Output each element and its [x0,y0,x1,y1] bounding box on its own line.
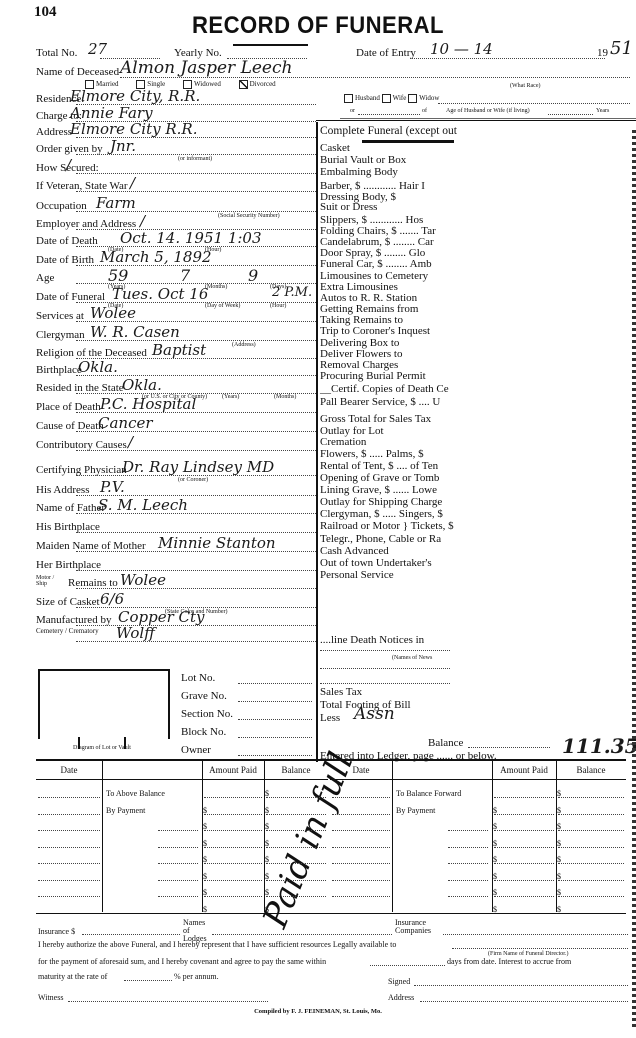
field-hint: (Hour) [270,303,286,309]
ledger-date-cell[interactable] [332,880,390,881]
charge-item: Gross Total for Sales Tax [320,413,431,425]
ledger-payment-cell[interactable] [448,863,488,864]
charge-item: Pall Bearer Service, $ .... U [320,396,440,408]
ledger-date-cell[interactable] [38,797,100,798]
lodges-field[interactable] [212,934,392,935]
insurance-companies-field[interactable] [443,934,628,935]
charge-item: Personal Service [320,569,394,581]
lot-field-label: Block No. [181,726,226,738]
ledger-amount-cell[interactable] [204,880,262,881]
motor-ship-label: Motor / Ship [36,575,56,587]
sales-tax-label: Sales Tax [320,686,362,698]
ledger-date-cell[interactable] [38,830,100,831]
lot-field-label: Lot No. [181,672,215,684]
ledger-balance-cell[interactable] [266,880,326,881]
ledger-payment-cell[interactable] [158,896,198,897]
field-value[interactable]: P.C. Hospital [100,395,196,413]
husband-checkbox[interactable] [344,94,353,103]
ledger-date-cell[interactable] [332,896,390,897]
field-value[interactable]: / [140,212,145,230]
ledger-date-cell[interactable] [38,896,100,897]
title-rule [233,44,308,46]
ledger-balance-cell[interactable] [266,814,326,815]
lot-field-line[interactable] [238,701,312,702]
ledger-row-label: By Payment [106,806,145,815]
field-value[interactable]: Baptist [152,341,206,359]
field-value[interactable]: Jnr. [110,137,136,155]
charge-item: Telegr., Phone, Cable or Ra [320,533,441,545]
field-value[interactable]: Wolee [120,571,166,589]
balance-label: Balance [428,737,463,749]
days-field[interactable] [370,965,445,966]
field-value[interactable]: Wolff [116,624,155,642]
field-label: Birthplace [36,364,82,376]
field-label: Address [36,126,72,138]
spouse-checkboxes[interactable]: Husband Wife Widow [344,94,439,103]
ledger-balance-cell[interactable] [558,814,624,815]
age-days-value[interactable]: 9 [248,266,258,285]
field-value[interactable]: Farm [96,194,136,212]
wife-checkbox[interactable] [382,94,391,103]
charge-item: Burial Vault or Box [320,154,406,166]
ledger-amount-cell[interactable] [204,896,262,897]
funeral-hour-value[interactable]: 2 P.M. [272,285,312,300]
field-value[interactable]: S. M. Leech [98,496,188,514]
divorced-checkbox[interactable] [239,80,248,89]
ledger-balance-cell[interactable] [266,830,326,831]
field-hint: (or Coroner) [178,477,208,483]
field-dotted-line [76,641,316,642]
ledger-payment-cell[interactable] [448,830,488,831]
lot-field-label: Owner [181,744,211,756]
field-value[interactable]: Tues. Oct 16 [112,285,208,303]
field-hint: (Day of Week) [205,303,240,309]
ledger-payment-cell[interactable] [158,863,198,864]
ledger-date-cell[interactable] [332,847,390,848]
charge-item: Rental of Tent, $ .... of Ten [320,460,438,472]
field-value[interactable]: Cancer [98,414,153,432]
balance-value[interactable]: 111.35 [562,734,636,758]
ledger-payment-cell[interactable] [448,847,488,848]
interest-rate-field[interactable] [124,980,172,981]
field-dotted-line [76,450,316,451]
ledger-balance-cell[interactable] [558,797,624,798]
ledger-date-cell[interactable] [332,814,390,815]
ledger-row-label: To Balance Forward [396,789,461,798]
ledger-amount-cell[interactable] [494,814,554,815]
year-value[interactable]: 51 [610,38,633,59]
firm-name-field[interactable] [452,948,628,949]
ledger-balance-cell[interactable] [558,847,624,848]
ledger-amount-cell[interactable] [494,847,554,848]
lot-field-label: Section No. [181,708,233,720]
lot-field-line[interactable] [238,719,312,720]
name-of-deceased-value[interactable]: Almon Jasper Leech [120,58,292,78]
charge-item: Clergyman, $ ..... Singers, $ [320,508,443,520]
lot-diagram [38,669,170,739]
field-label: Age [36,272,54,284]
ledger-balance-cell[interactable] [266,847,326,848]
widow-checkbox[interactable] [408,94,417,103]
ledger-amount-cell[interactable] [204,797,262,798]
ledger-payment-cell[interactable] [158,830,198,831]
ledger-balance-cell[interactable] [266,797,326,798]
charge-item: Railroad or Motor } Tickets, $ [320,520,454,532]
ledger-row-label: By Payment [396,806,435,815]
total-no-value[interactable]: 27 [88,40,107,58]
field-value[interactable]: P.V. [100,478,125,496]
charge-item: Out of town Undertaker's [320,557,432,569]
ledger-date-cell[interactable] [332,830,390,831]
ledger-balance-cell[interactable] [558,896,624,897]
ledger-header: Balance [556,765,626,775]
lot-diagram-caption: Diagram of Lot or Vault [38,745,166,751]
witness-field[interactable] [68,1001,268,1002]
ledger-balance-cell[interactable] [558,863,624,864]
field-value[interactable]: Dr. Ray Lindsey MD [122,458,274,476]
page-title: RECORD OF FUNERAL [25,12,610,40]
field-value[interactable]: March 5, 1892 [100,248,212,266]
charge-item: Procuring Burial Permit [320,370,426,382]
field-value[interactable]: / [130,174,135,192]
authorize-statement: I hereby authorize the above Funeral, an… [38,940,396,949]
field-hint: (Social Security Number) [218,213,280,219]
ledger-header: Amount Paid [202,765,264,775]
charge-item: Cremation [320,436,366,448]
ledger-date-cell[interactable] [38,814,100,815]
ledger-date-cell[interactable] [332,863,390,864]
field-dotted-line [76,532,316,533]
ledger-balance-cell[interactable] [558,830,624,831]
field-value[interactable]: Okla. [122,376,162,394]
ledger-amount-cell[interactable] [204,830,262,831]
field-value[interactable]: Wolee [90,304,136,322]
field-hint: (Years) [222,394,239,400]
name-of-deceased-label: Name of Deceased [36,66,119,78]
age-months-value[interactable]: 7 [180,266,190,285]
charge-item: Funeral Car, $ ........ Amb [320,258,432,270]
ledger-header: Amount Paid [492,765,556,775]
ledger-amount-cell[interactable] [494,863,554,864]
signed-field[interactable] [414,985,628,986]
field-value[interactable]: / [128,433,133,451]
charges-heading: Complete Funeral (except out [320,125,457,137]
ledger-date-cell[interactable] [332,797,390,798]
insurance-field[interactable] [82,934,180,935]
lot-field-line[interactable] [238,755,312,756]
spouse-age-hint: Age of Husband or Wife (if living) [446,108,530,114]
charge-item: Trip to Coroner's Inquest [320,325,430,337]
ledger-amount-cell[interactable] [494,830,554,831]
page-edge [632,130,636,1030]
field-dotted-line [76,588,316,589]
signer-address-field[interactable] [420,1001,628,1002]
ledger-payment-cell[interactable] [158,880,198,881]
ledger-balance-cell[interactable] [558,880,624,881]
lot-field-line[interactable] [238,737,312,738]
ledger-date-cell[interactable] [38,863,100,864]
ledger-payment-cell[interactable] [158,847,198,848]
charge-item: Lining Grave, $ ...... Lowe [320,484,437,496]
ledger-header: Balance [264,765,328,775]
ledger-amount-cell[interactable] [204,863,262,864]
date-of-entry-value[interactable]: 10 — 14 [430,40,493,58]
lot-field-label: Grave No. [181,690,227,702]
cemetery-crematory-label: Cemetery / Crematory [36,628,99,635]
ledger-header: Date [36,765,102,775]
charge-item: Outlay for Shipping Charge [320,496,442,508]
death-notices-label: ....line Death Notices in [320,634,424,646]
field-value[interactable]: Okla. [78,358,118,376]
field-hint: (Address) [232,342,256,348]
field-value[interactable]: Elmore City R.R. [70,120,198,138]
charge-item: Casket [320,142,350,154]
ledger-amount-cell[interactable] [494,797,554,798]
field-hint: (or informant) [178,156,212,162]
field-hint: (Months) [274,394,296,400]
ledger-payment-cell[interactable] [448,880,488,881]
field-value[interactable]: 6/6 [100,590,124,608]
ledger-amount-cell[interactable] [494,896,554,897]
compiled-by-credit: Compiled by F. J. FEINEMAN, St. Louis, M… [0,1008,636,1015]
total-no-label: Total No. [36,47,77,59]
ledger-date-cell[interactable] [38,880,100,881]
ledger-date-cell[interactable] [38,847,100,848]
field-value[interactable]: Minnie Stanton [158,534,276,552]
ledger-row-label: To Above Balance [106,789,165,798]
age-years-value[interactable]: 59 [108,266,128,285]
charge-item: Flowers, $ ..... Palms, $ [320,448,424,460]
field-dotted-line [76,173,316,174]
what-race-hint: (What Race) [510,83,540,89]
field-value[interactable]: Oct. 14. 1951 1:03 [120,229,262,247]
less-value[interactable]: Assn [354,704,395,724]
charge-item: Cash Advanced [320,545,389,557]
field-value[interactable]: Elmore City, R.R. [70,87,200,105]
charge-item: __Certif. Copies of Death Ce [320,383,449,395]
field-dotted-line [76,570,316,571]
charge-item: Opening of Grave or Tomb [320,472,439,484]
field-value[interactable]: / [66,156,71,174]
ledger-payment-cell[interactable] [448,896,488,897]
charge-item: Suit or Dress [320,201,377,213]
ledger-amount-cell[interactable] [494,880,554,881]
field-dotted-line [76,191,316,192]
date-of-entry-label: Date of Entry [356,47,416,59]
charge-item: Embalming Body [320,166,398,178]
ledger-amount-cell[interactable] [204,814,262,815]
ledger-header: Date [330,765,392,775]
ledger-balance-cell[interactable] [266,863,326,864]
less-label: Less [320,712,340,724]
ledger-amount-cell[interactable] [204,847,262,848]
field-value[interactable]: W. R. Casen [90,323,180,341]
lot-field-line[interactable] [238,683,312,684]
ledger-balance-cell[interactable] [266,896,326,897]
